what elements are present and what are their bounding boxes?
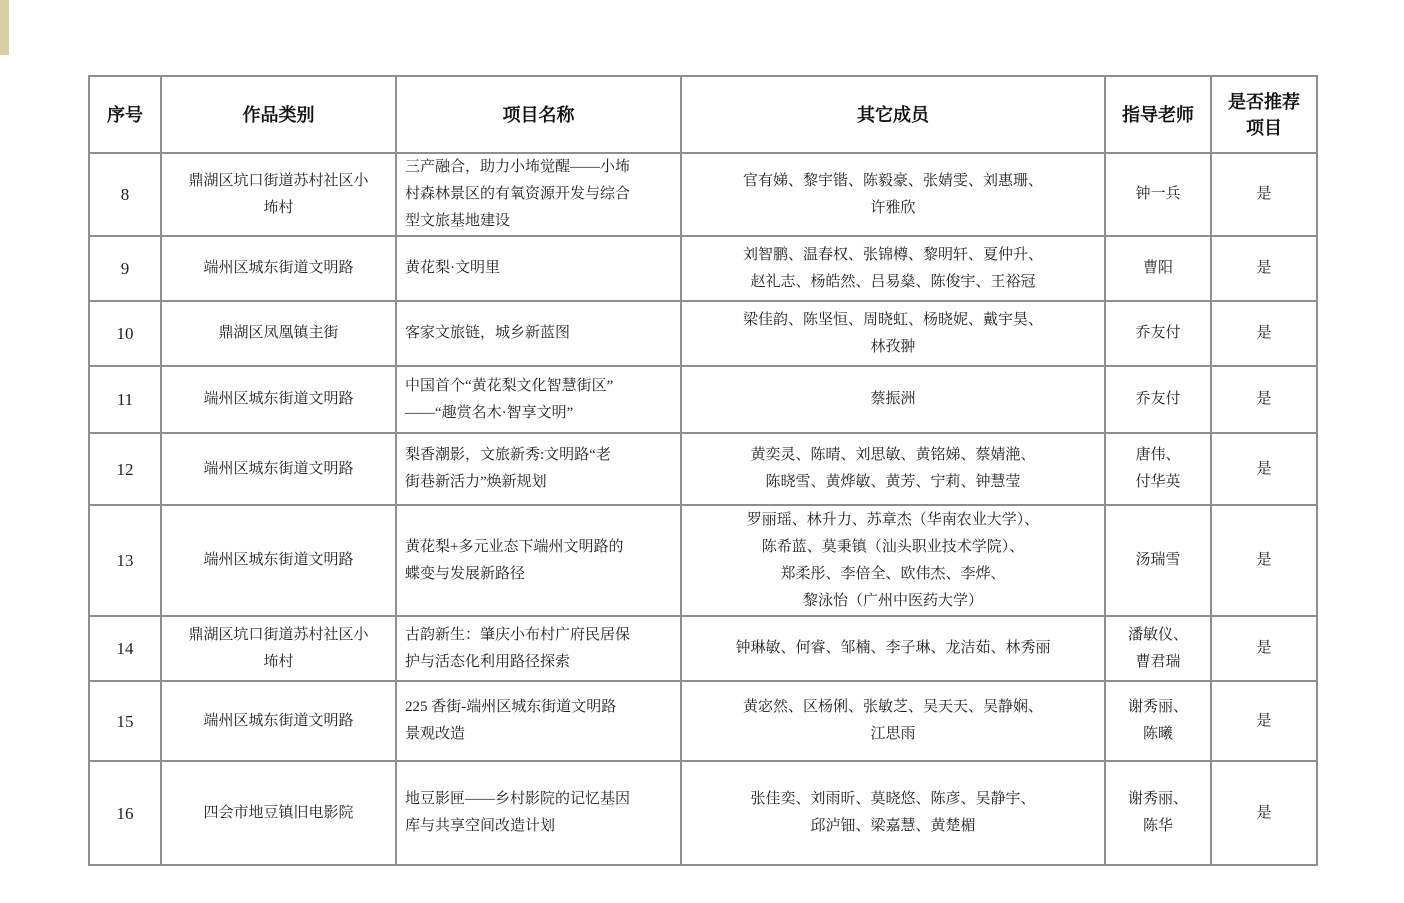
- table-row: 8鼎湖区坑口街道苏村社区小 㘵村三产融合，助力小㘵觉醒——小㘵 村森林景区的有氧…: [89, 153, 1317, 236]
- cell-recommended: 是: [1211, 301, 1317, 366]
- cell-recommended: 是: [1211, 366, 1317, 433]
- cell-advisors: 谢秀丽、 陈华: [1105, 761, 1211, 865]
- cell-no: 14: [89, 616, 161, 681]
- cell-members: 罗丽瑶、林升力、苏章杰（华南农业大学）、 陈希蓝、莫秉镇（汕头职业技术学院）、 …: [681, 505, 1105, 616]
- cell-advisors: 汤瑞雪: [1105, 505, 1211, 616]
- cell-project: 客家文旅链，城乡新蓝图: [396, 301, 681, 366]
- table-row: 11端州区城东街道文明路中国首个“黄花梨文化智慧街区” ——“趣赏名木·智享文明…: [89, 366, 1317, 433]
- cell-no: 12: [89, 433, 161, 505]
- cell-members: 钟琳敏、何睿、邹楠、李子琳、龙洁茹、林秀丽: [681, 616, 1105, 681]
- projects-table: 序号 作品类别 项目名称 其它成员 指导老师 是否推荐 项目 8鼎湖区坑口街道苏…: [88, 75, 1318, 866]
- table-row: 16四会市地豆镇旧电影院地豆影匣——乡村影院的记忆基因 库与共享空间改造计划张佳…: [89, 761, 1317, 865]
- cell-recommended: 是: [1211, 505, 1317, 616]
- cell-category: 四会市地豆镇旧电影院: [161, 761, 396, 865]
- header-cell-advisors: 指导老师: [1105, 76, 1211, 153]
- table-header: 序号 作品类别 项目名称 其它成员 指导老师 是否推荐 项目: [89, 76, 1317, 153]
- cell-no: 16: [89, 761, 161, 865]
- cell-no: 13: [89, 505, 161, 616]
- cell-category: 端州区城东街道文明路: [161, 433, 396, 505]
- header-cell-project: 项目名称: [396, 76, 681, 153]
- cell-members: 黄奕灵、陈晴、刘思敏、黄铭娣、蔡婧滟、 陈晓雪、黄烨敏、黄芳、宁莉、钟慧莹: [681, 433, 1105, 505]
- cell-advisors: 曹阳: [1105, 236, 1211, 301]
- table-row: 14鼎湖区坑口街道苏村社区小 㘵村古韵新生：肇庆小布村广府民居保 护与活态化利用…: [89, 616, 1317, 681]
- cell-no: 10: [89, 301, 161, 366]
- cell-category: 鼎湖区凤凰镇主街: [161, 301, 396, 366]
- header-row: 序号 作品类别 项目名称 其它成员 指导老师 是否推荐 项目: [89, 76, 1317, 153]
- cell-advisors: 谢秀丽、 陈曦: [1105, 681, 1211, 761]
- cell-project: 225 香街-端州区城东街道文明路 景观改造: [396, 681, 681, 761]
- cell-members: 张佳奕、刘雨昕、莫晓悠、陈彦、吴静宇、 邱泸钿、梁嘉慧、黄楚楣: [681, 761, 1105, 865]
- table-row: 10鼎湖区凤凰镇主街客家文旅链，城乡新蓝图梁佳韵、陈坚恒、周晓虹、杨晓妮、戴宇昊…: [89, 301, 1317, 366]
- cell-members: 黄宓然、区杨俐、张敏芝、吴天天、吴静娴、 江思雨: [681, 681, 1105, 761]
- header-cell-no: 序号: [89, 76, 161, 153]
- cell-members: 刘智鹏、温春权、张锦樽、黎明轩、夏仲升、 赵礼志、杨皓然、吕易燊、陈俊宇、王裕冠: [681, 236, 1105, 301]
- header-cell-category: 作品类别: [161, 76, 396, 153]
- page-edge-strip: [0, 0, 9, 55]
- cell-recommended: 是: [1211, 681, 1317, 761]
- cell-members: 梁佳韵、陈坚恒、周晓虹、杨晓妮、戴宇昊、 林孜翀: [681, 301, 1105, 366]
- cell-category: 端州区城东街道文明路: [161, 366, 396, 433]
- cell-category: 鼎湖区坑口街道苏村社区小 㘵村: [161, 616, 396, 681]
- cell-category: 端州区城东街道文明路: [161, 236, 396, 301]
- cell-recommended: 是: [1211, 433, 1317, 505]
- table-row: 13端州区城东街道文明路黄花梨+多元业态下端州文明路的 蝶变与发展新路径罗丽瑶、…: [89, 505, 1317, 616]
- cell-recommended: 是: [1211, 761, 1317, 865]
- table-body: 8鼎湖区坑口街道苏村社区小 㘵村三产融合，助力小㘵觉醒——小㘵 村森林景区的有氧…: [89, 153, 1317, 865]
- cell-advisors: 钟一兵: [1105, 153, 1211, 236]
- cell-project: 黄花梨·文明里: [396, 236, 681, 301]
- cell-category: 鼎湖区坑口街道苏村社区小 㘵村: [161, 153, 396, 236]
- cell-no: 8: [89, 153, 161, 236]
- table-row: 12端州区城东街道文明路梨香潮影，文旅新秀:文明路“老 街巷新活力”焕新规划黄奕…: [89, 433, 1317, 505]
- cell-category: 端州区城东街道文明路: [161, 505, 396, 616]
- cell-members: 蔡振洲: [681, 366, 1105, 433]
- projects-table-container: 序号 作品类别 项目名称 其它成员 指导老师 是否推荐 项目 8鼎湖区坑口街道苏…: [88, 75, 1318, 866]
- cell-recommended: 是: [1211, 616, 1317, 681]
- cell-project: 地豆影匣——乡村影院的记忆基因 库与共享空间改造计划: [396, 761, 681, 865]
- cell-no: 9: [89, 236, 161, 301]
- cell-recommended: 是: [1211, 153, 1317, 236]
- header-cell-members: 其它成员: [681, 76, 1105, 153]
- cell-category: 端州区城东街道文明路: [161, 681, 396, 761]
- cell-advisors: 潘敏仪、 曹君瑞: [1105, 616, 1211, 681]
- cell-project: 梨香潮影，文旅新秀:文明路“老 街巷新活力”焕新规划: [396, 433, 681, 505]
- table-row: 9端州区城东街道文明路黄花梨·文明里刘智鹏、温春权、张锦樽、黎明轩、夏仲升、 赵…: [89, 236, 1317, 301]
- cell-project: 黄花梨+多元业态下端州文明路的 蝶变与发展新路径: [396, 505, 681, 616]
- cell-no: 15: [89, 681, 161, 761]
- cell-advisors: 乔友付: [1105, 366, 1211, 433]
- cell-no: 11: [89, 366, 161, 433]
- cell-advisors: 乔友付: [1105, 301, 1211, 366]
- table-row: 15端州区城东街道文明路225 香街-端州区城东街道文明路 景观改造黄宓然、区杨…: [89, 681, 1317, 761]
- cell-project: 三产融合，助力小㘵觉醒——小㘵 村森林景区的有氧资源开发与综合 型文旅基地建设: [396, 153, 681, 236]
- cell-project: 古韵新生：肇庆小布村广府民居保 护与活态化利用路径探索: [396, 616, 681, 681]
- cell-project: 中国首个“黄花梨文化智慧街区” ——“趣赏名木·智享文明”: [396, 366, 681, 433]
- cell-advisors: 唐伟、 付华英: [1105, 433, 1211, 505]
- header-cell-recommended: 是否推荐 项目: [1211, 76, 1317, 153]
- cell-members: 官有娣、黎宇锴、陈毅豪、张婧雯、刘惠珊、 许雅欣: [681, 153, 1105, 236]
- cell-recommended: 是: [1211, 236, 1317, 301]
